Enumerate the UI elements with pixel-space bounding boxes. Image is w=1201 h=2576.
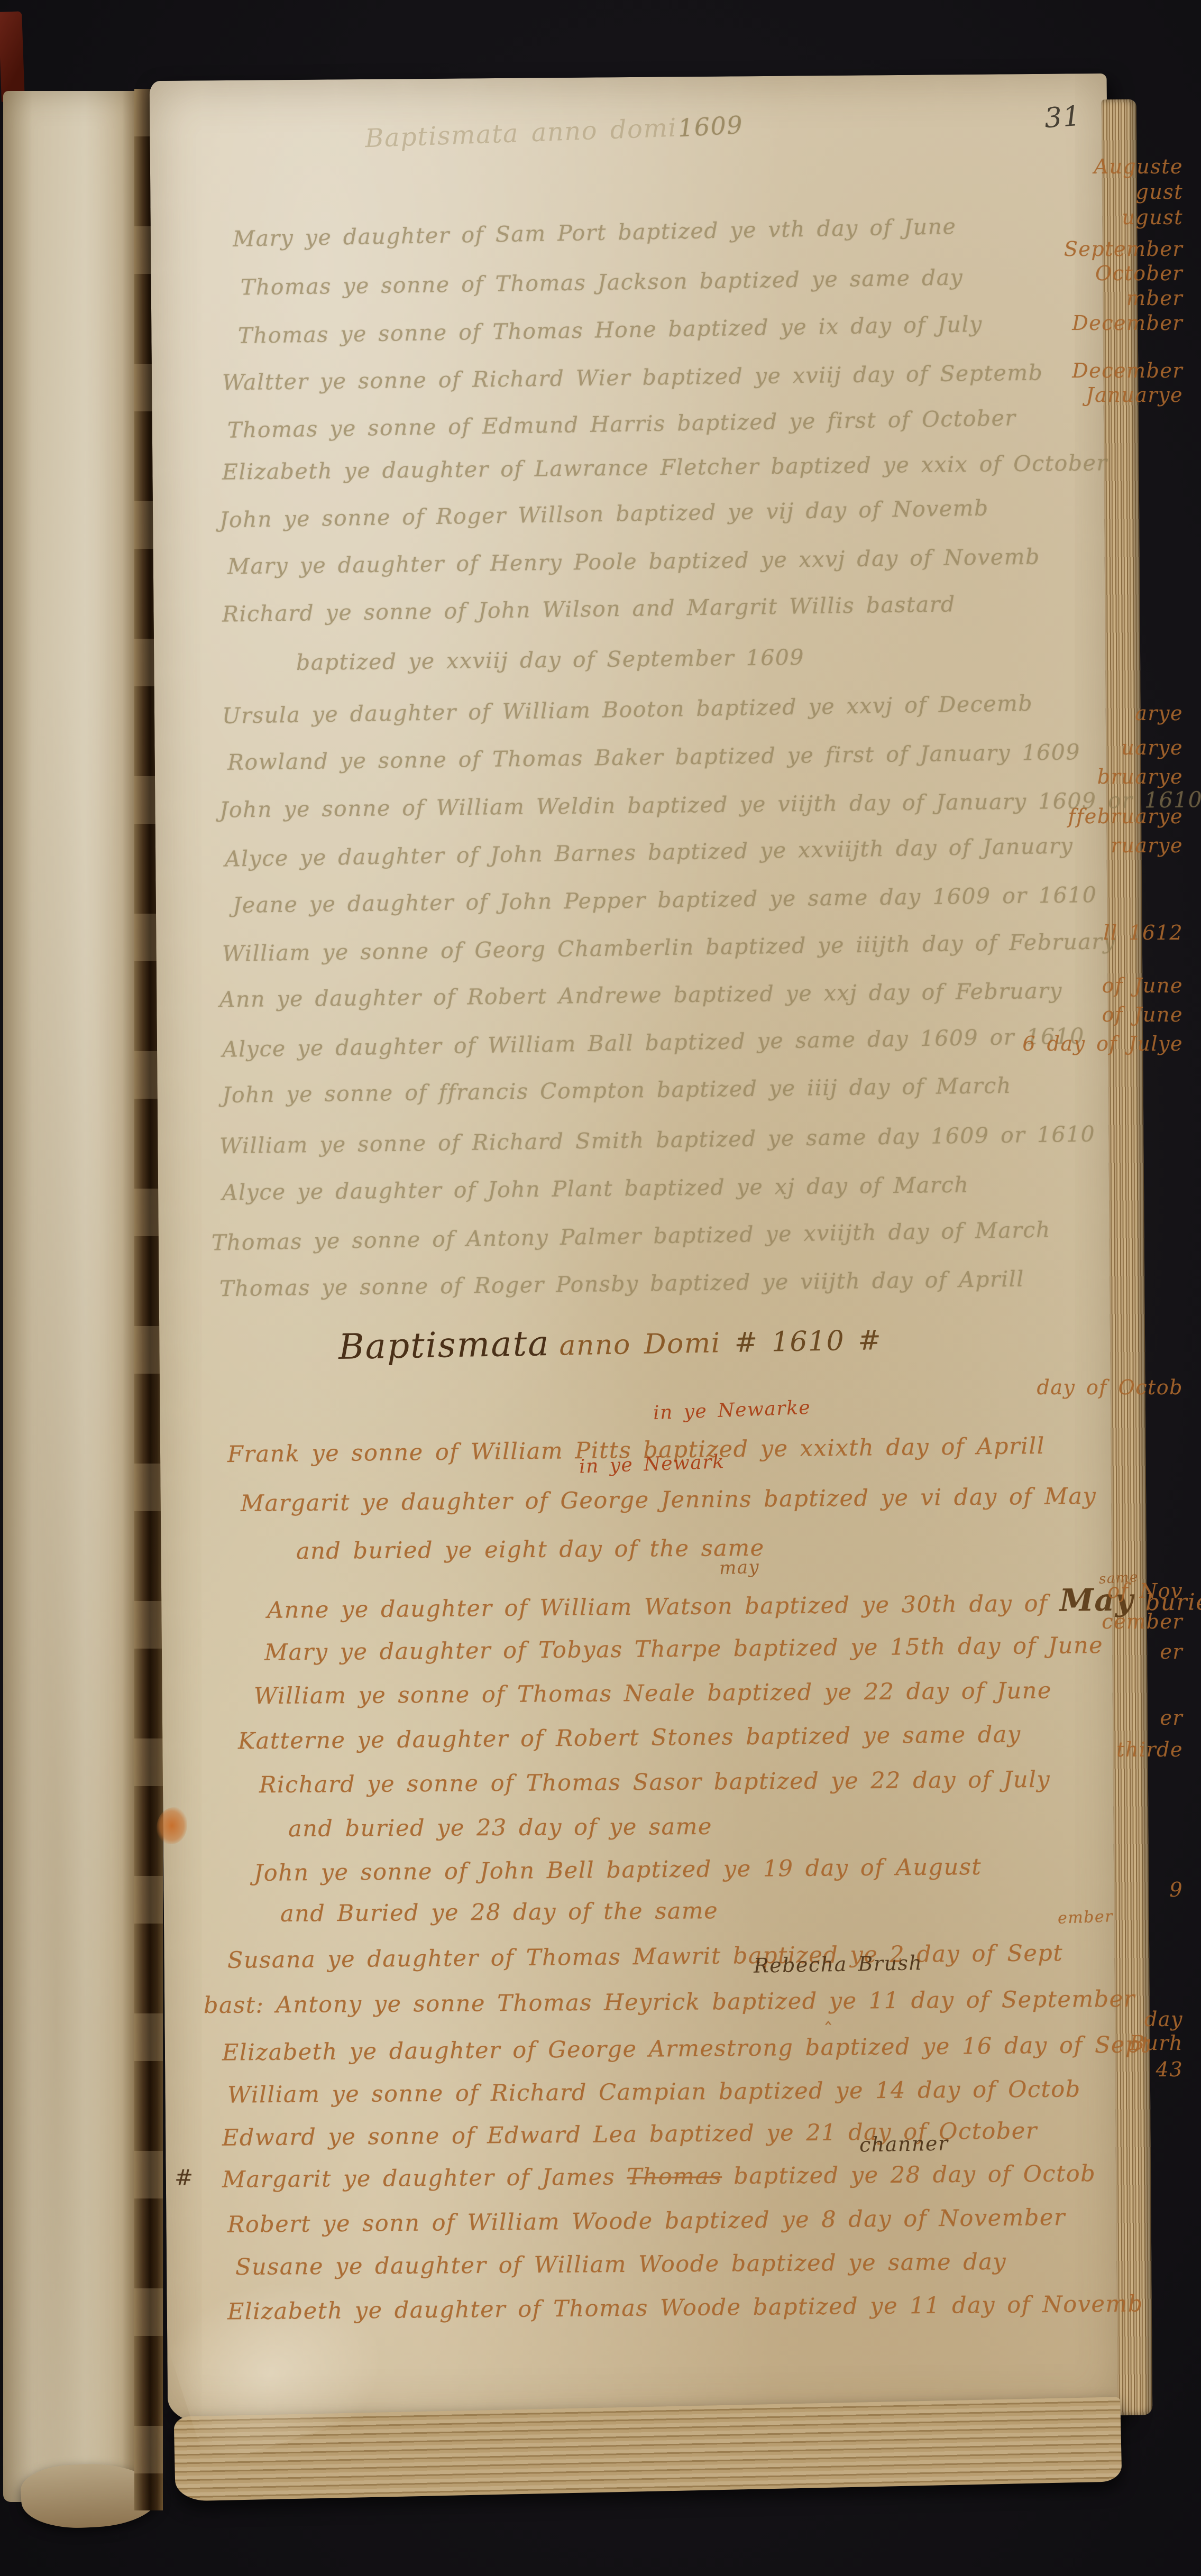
- register-line: Margarit ye daughter of George Jennins b…: [241, 1485, 1097, 1515]
- facing-page-fragment: Auguste: [1094, 157, 1183, 177]
- facing-page-fragment: 9: [1169, 1880, 1183, 1900]
- register-line: William ye sonne of Richard Smith baptiz…: [219, 1123, 1096, 1157]
- register-line: Thomas ye sonne of Thomas Jackson baptiz…: [241, 266, 964, 298]
- register-line-segment: Thomas: [627, 2163, 722, 2190]
- register-line: Elizabeth ye daughter of Lawrance Fletch…: [222, 452, 1108, 483]
- register-line: Robert ye sonn of William Woode baptized…: [227, 2206, 1066, 2237]
- facing-page-fragment: arye: [1135, 703, 1183, 723]
- register-line: and Buried ye 28 day of the same: [280, 1900, 718, 1926]
- page-header-year: 1609: [677, 113, 744, 140]
- register-line: Rowland ye sonne of Thomas Baker baptize…: [227, 741, 1080, 774]
- register-line: Thomas ye sonne of Thomas Hone baptized …: [238, 314, 983, 347]
- facing-page-fragment: of Nov: [1107, 1581, 1183, 1601]
- handwriting-overlay: Baptismata anno domi 1609 31 Baptismataa…: [0, 0, 1201, 2576]
- page-header-faded-title: Baptismata anno domi: [364, 115, 677, 152]
- facing-page-fragment: 6 day of Julye: [1022, 1034, 1183, 1054]
- section-heading-word: Baptismata: [338, 1323, 550, 1367]
- register-line: Thomas ye sonne of Edmund Harris baptize…: [227, 407, 1016, 441]
- facing-page-fragment: ffebruarye: [1068, 806, 1183, 826]
- register-line: John ye sonne of John Bell baptized ye 1…: [254, 1856, 982, 1885]
- register-line: may: [719, 1558, 759, 1578]
- register-line: ember: [1058, 1909, 1114, 1927]
- register-line: Elizabeth ye daughter of George Armestro…: [222, 2034, 1151, 2064]
- register-line: ‸: [825, 2005, 832, 2024]
- facing-page-fragment: thirde: [1116, 1740, 1183, 1760]
- page-number: 31: [1043, 103, 1082, 133]
- register-line: Elizabeth ye daughter of Thomas Woode ba…: [227, 2293, 1143, 2323]
- facing-page-fragment: of June: [1102, 1005, 1183, 1025]
- facing-page-fragment: Januarye: [1086, 385, 1183, 405]
- facing-page-fragment: of June: [1102, 976, 1183, 996]
- register-line: in ye Newarke: [653, 1399, 811, 1423]
- register-line: Anne ye daughter of William Watson bapti…: [267, 1583, 1201, 1623]
- facing-page-fragment: ll 1612: [1103, 923, 1183, 943]
- facing-page-fragment: cember: [1102, 1612, 1183, 1632]
- register-line: bast: Antony ye sonne Thomas Heyrick bap…: [204, 1988, 1135, 2017]
- register-line: John ye sonne of Roger Willson baptized …: [219, 498, 989, 531]
- register-line: Thomas ye sonne of Antony Palmer baptize…: [212, 1219, 1051, 1254]
- facing-page-fragment: September: [1064, 239, 1183, 259]
- register-line: Waltter ye sonne of Richard Wier baptize…: [222, 362, 1043, 394]
- facing-page-fragment: ugust: [1122, 207, 1183, 227]
- register-line: Richard ye sonne of John Wilson and Marg…: [222, 593, 956, 625]
- register-line: Susana ye daughter of Thomas Mawrit bapt…: [227, 1942, 1063, 1972]
- register-line: in ye Newark: [579, 1452, 725, 1477]
- facing-page-fragment: October: [1095, 263, 1183, 283]
- facing-page-fragment: Burh: [1130, 2033, 1183, 2053]
- register-line: William ye sonne of Georg Chamberlin bap…: [222, 931, 1116, 965]
- register-line: Susane ye daughter of William Woode bapt…: [235, 2251, 1007, 2279]
- facing-page-fragment: December: [1072, 313, 1183, 333]
- register-line: Mary ye daughter of Tobyas Tharpe baptiz…: [264, 1634, 1103, 1664]
- register-line: Alyce ye daughter of John Plant baptized…: [222, 1174, 969, 1204]
- section-heading-1610: Baptismataanno Domi# 1610 #: [338, 1320, 882, 1365]
- register-line: Thomas ye sonne of Roger Ponsby baptized…: [219, 1268, 1024, 1300]
- facing-page-fragment: uarye: [1121, 738, 1183, 758]
- register-line: Ursula ye daughter of William Booton bap…: [222, 693, 1033, 727]
- register-line: Rebecha Brush: [754, 1953, 923, 1976]
- facing-page-fragment: er: [1160, 1708, 1183, 1728]
- manuscript-photo: { "colors":{ "background":"#151317", "pa…: [0, 0, 1201, 2576]
- register-line: Ann ye daughter of Robert Andrewe baptiz…: [219, 980, 1062, 1011]
- register-line: William ye sonne of Thomas Neale baptize…: [254, 1680, 1052, 1708]
- facing-page-fragment: er: [1160, 1642, 1183, 1662]
- facing-page-fragment: day: [1144, 2009, 1183, 2029]
- register-line-segment: baptized ye 28 day of Octob: [722, 2160, 1096, 2189]
- register-line: Mary ye daughter of Sam Port baptized ye…: [233, 216, 957, 250]
- facing-page-fragment: gust: [1135, 182, 1183, 202]
- facing-page-fragment: December: [1072, 361, 1183, 381]
- section-heading-year: # 1610 #: [734, 1324, 882, 1359]
- register-line: Margarit ye daughter of James Thomas bap…: [222, 2163, 1096, 2192]
- register-line: Alyce ye daughter of William Ball baptiz…: [222, 1025, 1085, 1061]
- register-line: baptized ye xxviij day of September 1609: [296, 647, 804, 674]
- register-line-segment: Margarit ye daughter of James: [222, 2164, 627, 2193]
- register-line: and buried ye eight day of the same: [296, 1537, 765, 1563]
- facing-page-fragment: 43: [1156, 2059, 1183, 2080]
- register-line: Jeane ye daughter of John Pepper baptize…: [233, 884, 1097, 916]
- register-line: William ye sonne of Richard Campian bapt…: [227, 2078, 1081, 2106]
- register-line: channer: [859, 2133, 949, 2155]
- register-line: John ye sonne of ffrancis Compton baptiz…: [222, 1075, 1012, 1106]
- facing-page-fragment: day of Octob: [1037, 1377, 1183, 1397]
- facing-page-fragment: mber: [1126, 288, 1183, 308]
- register-line: John ye sonne of William Weldin baptized…: [219, 789, 1201, 821]
- register-line-segment: Anne ye daughter of William Watson bapti…: [267, 1590, 1060, 1624]
- register-line: #: [175, 2167, 194, 2189]
- register-line: Mary ye daughter of Henry Poole baptized…: [227, 546, 1040, 578]
- section-heading-anno: anno Domi: [559, 1327, 721, 1361]
- register-line: Richard ye sonne of Thomas Sasor baptize…: [259, 1769, 1050, 1797]
- facing-page-fragment: bruarye: [1097, 767, 1183, 787]
- register-line: Katterne ye daughter of Robert Stones ba…: [238, 1724, 1021, 1753]
- register-line: Alyce ye daughter of John Barnes baptize…: [225, 835, 1074, 870]
- facing-page-fragment: ruarye: [1111, 835, 1183, 855]
- register-line: and buried ye 23 day of ye same: [288, 1816, 712, 1841]
